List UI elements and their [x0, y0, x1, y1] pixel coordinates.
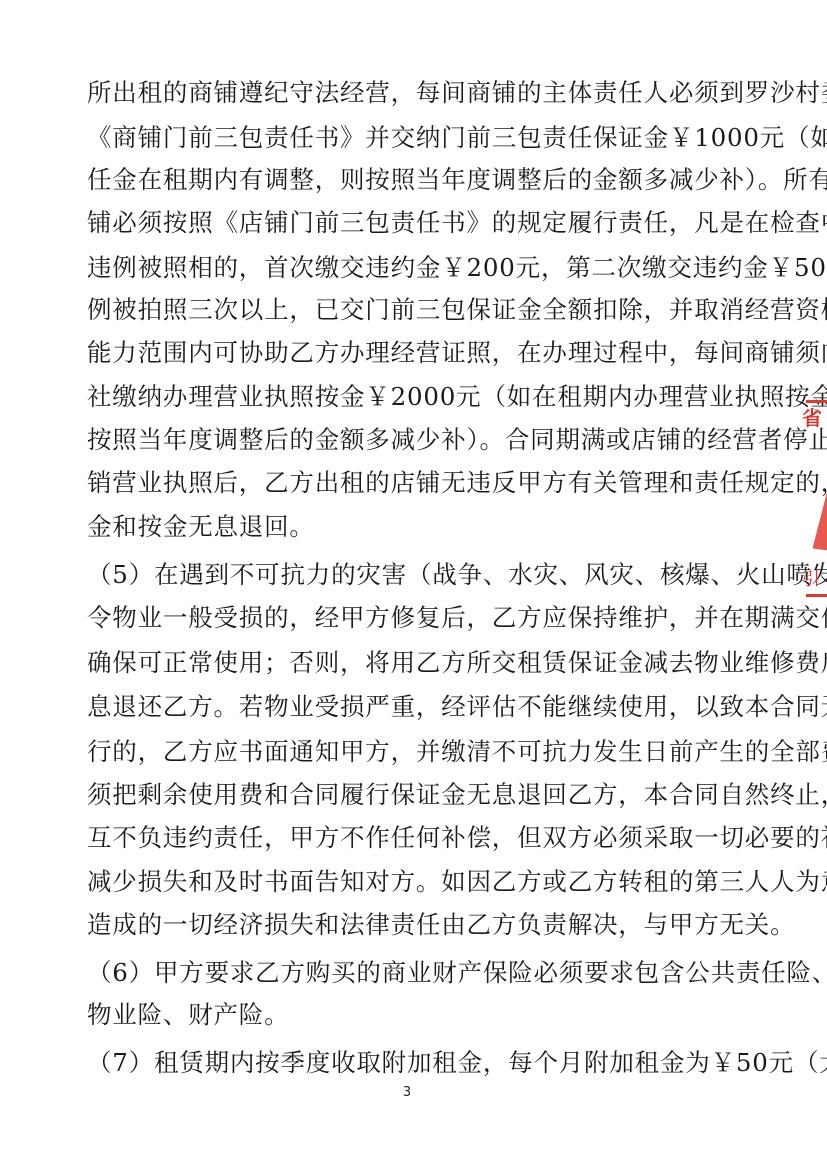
text-line: 铺必须按照《店铺门前三包责任书》的规定履行责任，凡是在检查中或日常中 — [87, 208, 743, 238]
text-line: 确保可正常使用；否则，将用乙方所交租赁保证金减去物业维修费后，余额无 — [87, 648, 743, 678]
text-line: （6）甲方要求乙方购买的商业财产保险必须要求包含公共责任险、第三者险、 — [87, 958, 743, 988]
stamp-border-bottom — [806, 594, 827, 597]
text-line: 能力范围内可协助乙方办理经营证照，在办理过程中，每间商铺须向罗沙股份 — [87, 338, 743, 368]
text-line: 减少损失和及时书面告知对方。如因乙方或乙方转租的第三人人为意外事故所 — [87, 867, 743, 897]
text-line: （5）在遇到不可抗力的灾害（战争、水灾、风灾、核爆、火山喷发、地震等） — [87, 560, 743, 590]
text-line: 违例被照相的，首次缴交违约金￥200元，第二次缴交违约金￥500元，如违 — [87, 253, 743, 283]
text-line: 任金在租期内有调整，则按照当年度调整后的金额多减少补）。所有承租的商 — [87, 165, 743, 195]
text-line: 例被拍照三次以上，已交门前三包保证金全额扣除，并取消经营资格。甲方在 — [87, 295, 743, 325]
stamp-glyph-bottom: 引 — [802, 570, 820, 590]
seal-stamp: 省 引 — [800, 400, 827, 596]
text-line: 社缴纳办理营业执照按金￥2000元（如在租期内办理营业执照按金有调整，则 — [87, 382, 743, 412]
document-page: 所出租的商铺遵纪守法经营，每间商铺的主体责任人必须到罗沙村委会签订《商铺门前三包… — [0, 0, 827, 1169]
text-line: 所出租的商铺遵纪守法经营，每间商铺的主体责任人必须到罗沙村委会签订 — [87, 78, 743, 108]
text-line: 《商铺门前三包责任书》并交纳门前三包责任保证金￥1000元（如门前三包责 — [87, 123, 743, 153]
page-number: 3 — [397, 1085, 417, 1100]
stamp-glyph-top: 省 — [802, 408, 822, 428]
text-line: （7）租赁期内按季度收取附加租金，每个月附加租金为￥50元（大写：人民 — [87, 1048, 743, 1078]
text-line: 销营业执照后，乙方出租的店铺无违反甲方有关管理和责任规定的，上述保证 — [87, 468, 743, 498]
text-line: 金和按金无息退回。 — [87, 512, 743, 542]
text-line: 互不负违约责任，甲方不作任何补偿，但双方必须采取一切必要的补救措施以 — [87, 823, 743, 853]
stamp-emblem-icon — [813, 469, 827, 551]
stamp-border-top — [806, 400, 827, 403]
text-line: 令物业一般受损的，经甲方修复后，乙方应保持维护，并在期满交付甲方时， — [87, 603, 743, 633]
text-line: 造成的一切经济损失和法律责任由乙方负责解决，与甲方无关。 — [87, 910, 743, 940]
text-line: 息退还乙方。若物业受损严重，经评估不能继续使用，以致本合同无法继续履 — [87, 692, 743, 722]
text-line: 物业险、财产险。 — [87, 1000, 743, 1030]
text-line: 行的，乙方应书面通知甲方，并缴清不可抗力发生日前产生的全部费用，甲方 — [87, 737, 743, 767]
text-line: 须把剩余使用费和合同履行保证金无息退回乙方，本合同自然终止，甲乙双方 — [87, 780, 743, 810]
text-line: 按照当年度调整后的金额多减少补）。合同期满或店铺的经营者停止经营并注 — [87, 425, 743, 455]
